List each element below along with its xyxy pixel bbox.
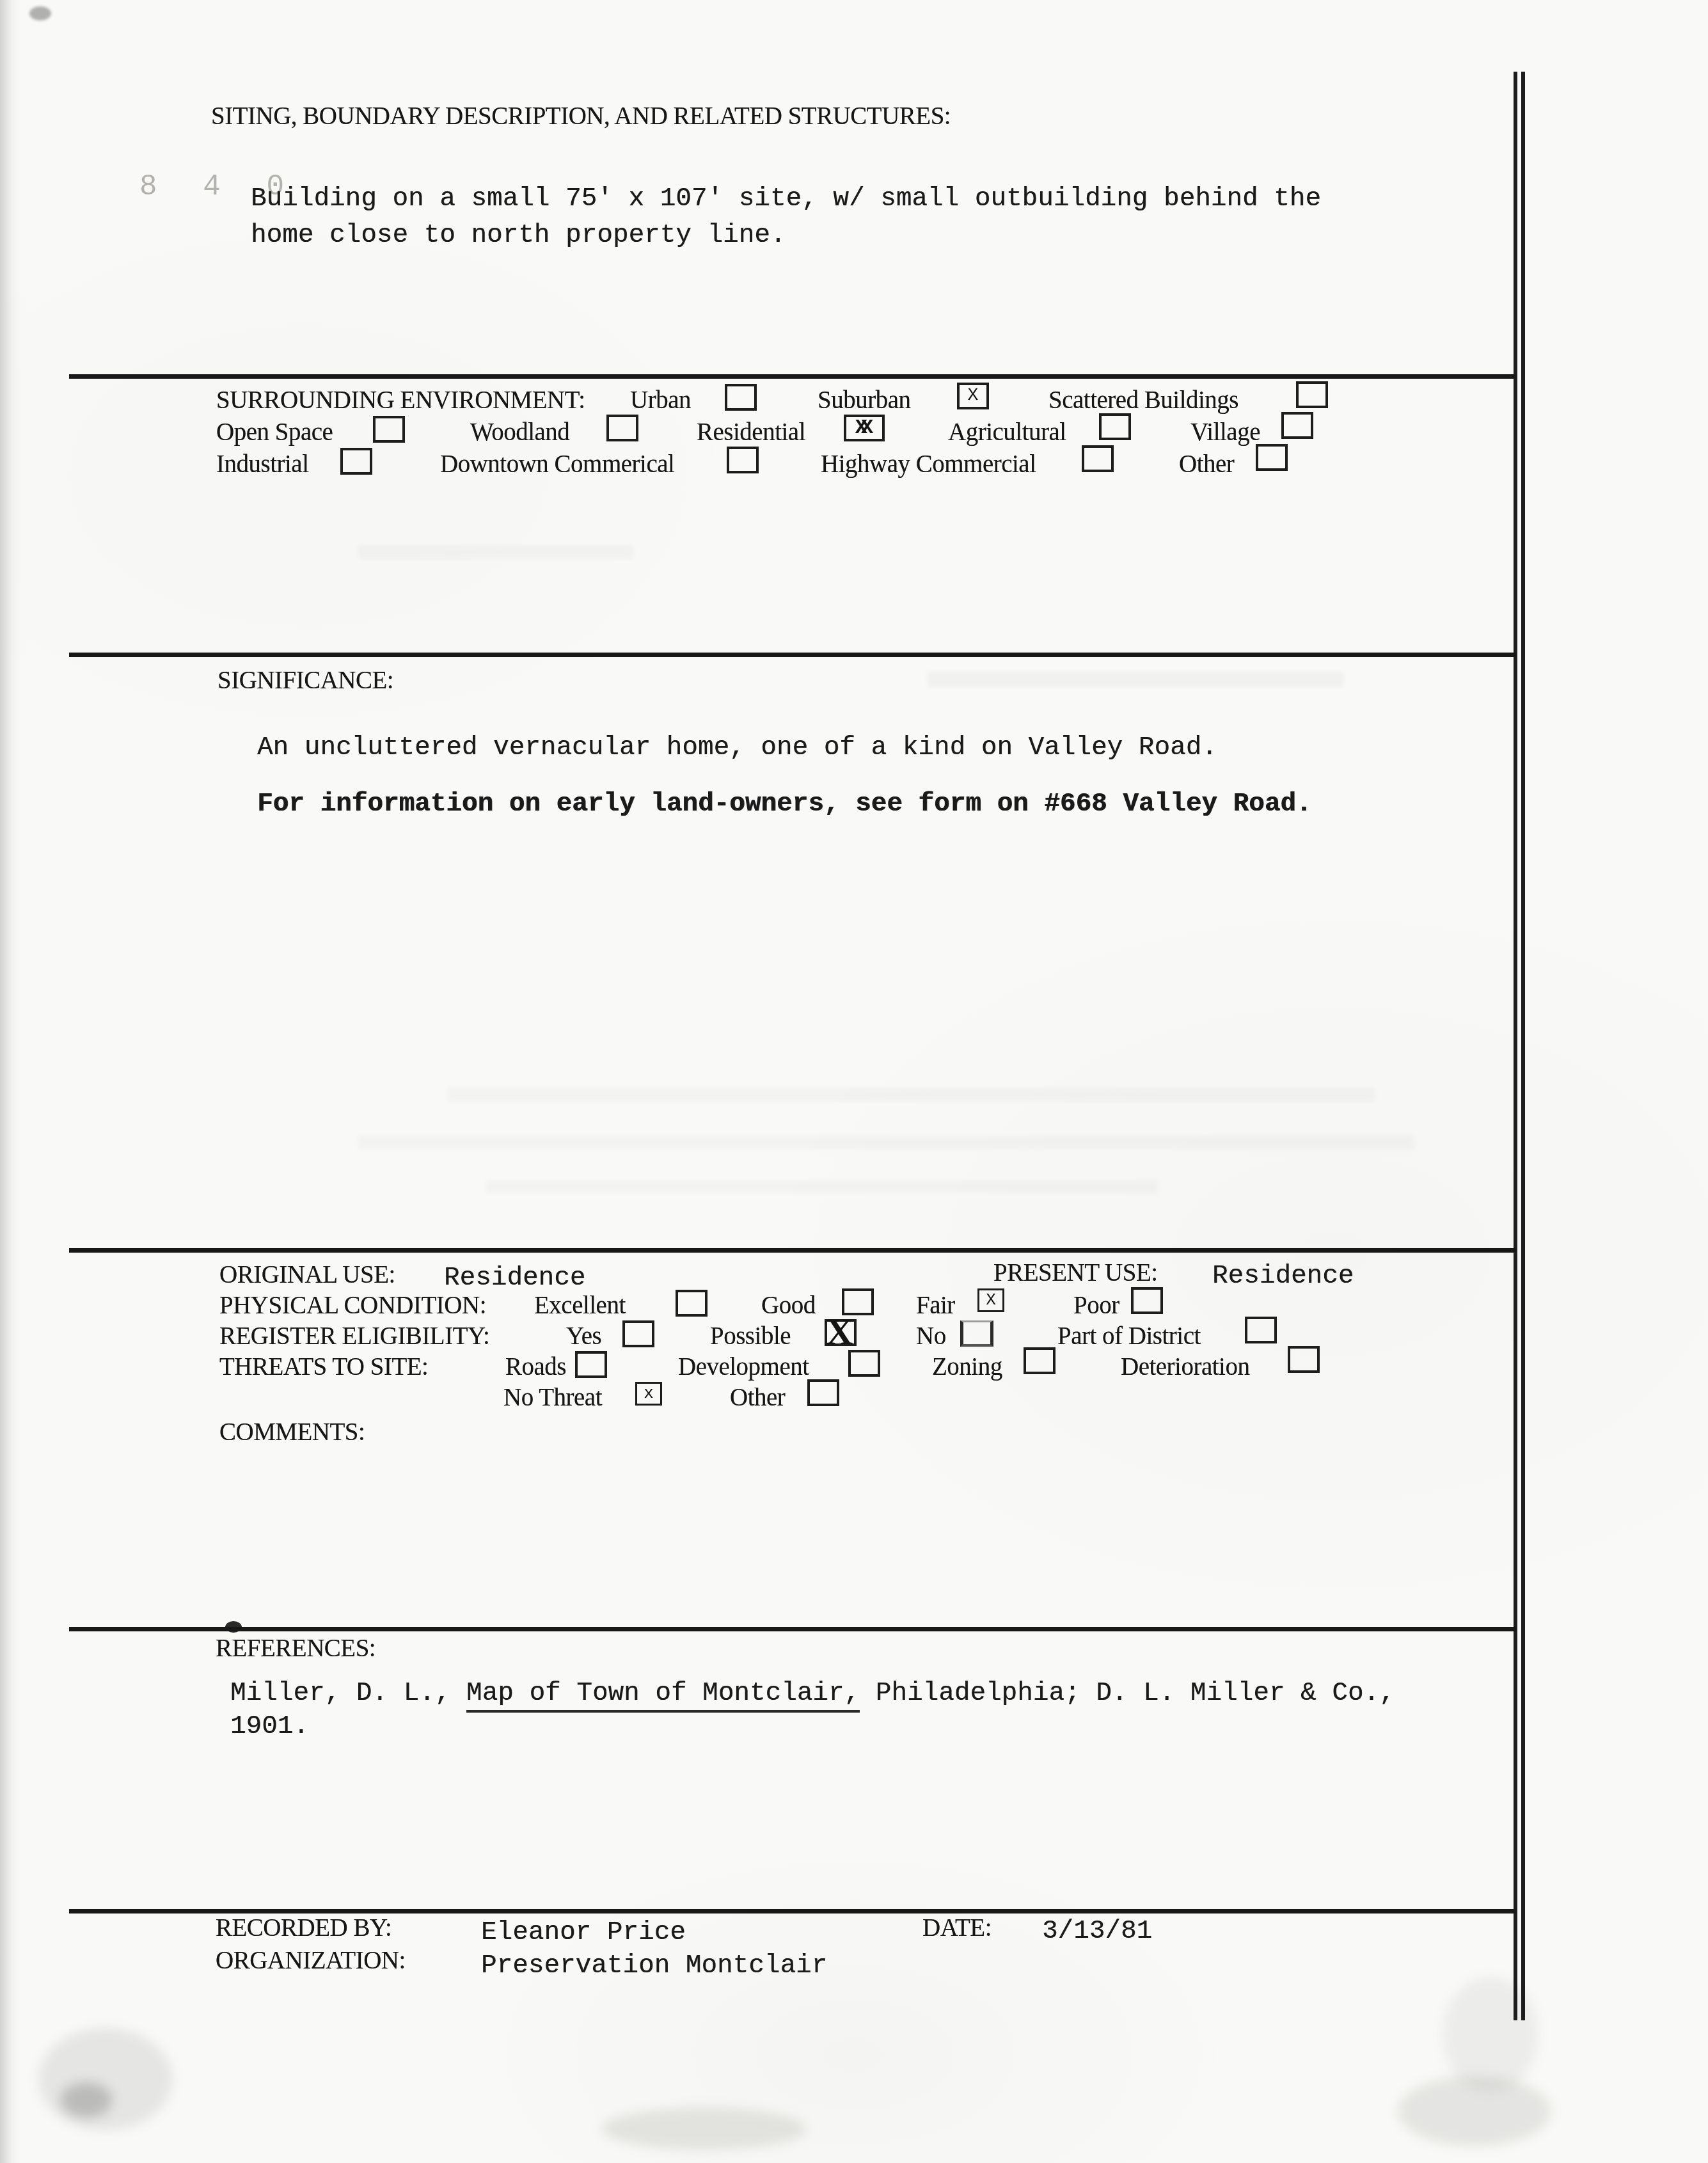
bleedthrough-artifact <box>448 1088 1375 1102</box>
condition-poor-label: Poor <box>1073 1293 1119 1318</box>
threat-roads-label: Roads <box>505 1354 566 1379</box>
threat-no-threat-label: No Threat <box>503 1385 602 1410</box>
env-other-checkbox[interactable] <box>1256 444 1288 471</box>
section-divider-environment <box>69 374 1516 379</box>
condition-excellent-checkbox[interactable] <box>676 1290 708 1317</box>
bleedthrough-artifact <box>486 1180 1158 1193</box>
eligibility-no-checkbox[interactable] <box>960 1320 993 1347</box>
env-agricultural-checkbox[interactable] <box>1099 413 1131 440</box>
condition-poor-checkbox[interactable] <box>1131 1287 1163 1314</box>
condition-excellent-label: Excellent <box>534 1293 626 1318</box>
section-divider-assessment <box>69 1248 1516 1253</box>
env-village-checkbox[interactable] <box>1281 412 1313 439</box>
bleedthrough-artifact <box>358 1136 1414 1150</box>
env-industrial-checkbox[interactable] <box>340 448 372 475</box>
scanned-survey-form-page: SITING, BOUNDARY DESCRIPTION, AND RELATE… <box>0 0 1708 2163</box>
organization-value: Preservation Montclair <box>481 1953 827 1979</box>
env-industrial-label: Industrial <box>216 452 308 477</box>
scan-smudge <box>61 2082 112 2118</box>
right-border-line-inner <box>1514 72 1517 2020</box>
env-downtown-commercial-checkbox[interactable] <box>727 447 759 473</box>
env-downtown-commercial-label: Downtown Commerical <box>440 452 674 477</box>
env-urban-checkbox[interactable] <box>725 384 757 411</box>
eligibility-part-of-district-checkbox[interactable] <box>1245 1317 1277 1343</box>
env-woodland-label: Woodland <box>470 420 569 445</box>
recorded-by-label: RECORDED BY: <box>216 1915 391 1940</box>
condition-fair-mark: X <box>979 1290 1002 1310</box>
env-residential-checkbox[interactable]: XX <box>844 415 885 441</box>
reference-citation-line1: Miller, D. L., Map of Town of Montclair,… <box>230 1681 1395 1707</box>
significance-heading: SIGNIFICANCE: <box>217 668 393 693</box>
siting-text-line1: Building on a small 75' x 107' site, w/ … <box>251 186 1321 212</box>
env-suburban-checkbox[interactable]: X <box>957 383 989 409</box>
threat-no-threat-mark: x <box>637 1384 660 1403</box>
reference-citation-line2: 1901. <box>230 1714 309 1740</box>
env-open-space-checkbox[interactable] <box>373 416 405 443</box>
condition-fair-label: Fair <box>916 1293 955 1318</box>
env-village-label: Village <box>1190 420 1260 445</box>
env-suburban-label: Suburban <box>818 388 911 413</box>
env-woodland-checkbox[interactable] <box>606 415 638 441</box>
env-other-label: Other <box>1179 452 1234 477</box>
scan-smudge <box>601 2108 806 2150</box>
threat-zoning-label: Zoning <box>932 1354 1002 1379</box>
scan-speck <box>29 6 51 20</box>
significance-text-line2: For information on early land-owners, se… <box>257 791 1311 818</box>
eligibility-possible-label: Possible <box>710 1324 791 1349</box>
environment-heading: SURROUNDING ENVIRONMENT: <box>216 388 585 413</box>
section-divider-footer <box>69 1909 1516 1913</box>
threat-development-checkbox[interactable] <box>848 1350 880 1377</box>
threat-other-checkbox[interactable] <box>807 1379 839 1406</box>
section-divider-references <box>69 1627 1516 1631</box>
eligibility-yes-label: Yes <box>566 1324 601 1349</box>
organization-label: ORGANIZATION: <box>216 1948 406 1973</box>
comments-label: COMMENTS: <box>219 1420 365 1445</box>
original-use-value: Residence <box>444 1265 585 1292</box>
eligibility-possible-checkbox[interactable]: X <box>825 1319 857 1346</box>
section-divider-significance <box>69 653 1516 657</box>
eligibility-yes-checkbox[interactable] <box>622 1320 654 1347</box>
siting-heading: SITING, BOUNDARY DESCRIPTION, AND RELATE… <box>211 104 951 129</box>
eligibility-no-label: No <box>916 1324 946 1349</box>
present-use-label: PRESENT USE: <box>993 1260 1158 1285</box>
env-suburban-mark: X <box>960 385 986 407</box>
citation-post: Philadelphia; D. L. Miller & Co., <box>860 1679 1395 1708</box>
present-use-value: Residence <box>1212 1264 1354 1290</box>
env-residential-label: Residential <box>697 420 805 445</box>
env-urban-label: Urban <box>630 388 691 413</box>
right-border-line-outer <box>1521 72 1525 2020</box>
condition-good-label: Good <box>761 1293 816 1318</box>
eligibility-possible-mark: X <box>825 1322 852 1342</box>
date-value: 3/13/81 <box>1042 1919 1152 1945</box>
citation-pre: Miller, D. L., <box>230 1679 466 1708</box>
siting-text-line2: home close to north property line. <box>251 223 786 249</box>
citation-title-underlined: Map of Town of Montclair, <box>466 1679 860 1713</box>
register-eligibility-label: REGISTER ELIGIBILITY: <box>219 1324 489 1349</box>
date-label: DATE: <box>922 1915 992 1940</box>
bleedthrough-artifact <box>928 672 1343 687</box>
scan-smudge <box>38 2028 173 2130</box>
bleedthrough-artifact <box>358 545 633 559</box>
threat-no-threat-checkbox[interactable]: x <box>635 1382 662 1406</box>
condition-fair-checkbox[interactable]: X <box>977 1288 1004 1312</box>
env-scattered-buildings-label: Scattered Buildings <box>1048 388 1238 413</box>
env-scattered-buildings-checkbox[interactable] <box>1296 381 1328 408</box>
references-heading: REFERENCES: <box>216 1636 376 1661</box>
scan-edge-shadow <box>0 0 22 2163</box>
env-agricultural-label: Agricultural <box>948 420 1066 445</box>
threat-deterioration-label: Deterioration <box>1121 1354 1249 1379</box>
significance-text-line1: An uncluttered vernacular home, one of a… <box>257 735 1217 761</box>
eligibility-part-of-district-label: Part of District <box>1057 1324 1201 1349</box>
physical-condition-label: PHYSICAL CONDITION: <box>219 1293 486 1318</box>
env-open-space-label: Open Space <box>216 420 333 445</box>
threats-label: THREATS TO SITE: <box>219 1354 428 1379</box>
threat-zoning-checkbox[interactable] <box>1024 1347 1056 1374</box>
threat-deterioration-checkbox[interactable] <box>1288 1346 1320 1373</box>
env-highway-commercial-label: Highway Commercial <box>821 452 1036 477</box>
recorded-by-value: Eleanor Price <box>481 1920 686 1946</box>
env-highway-commercial-checkbox[interactable] <box>1082 445 1114 472</box>
env-residential-mark: XX <box>843 417 879 439</box>
original-use-label: ORIGINAL USE: <box>219 1262 395 1287</box>
threat-roads-checkbox[interactable] <box>575 1351 607 1378</box>
threat-development-label: Development <box>678 1354 809 1379</box>
threat-other-label: Other <box>730 1385 785 1410</box>
